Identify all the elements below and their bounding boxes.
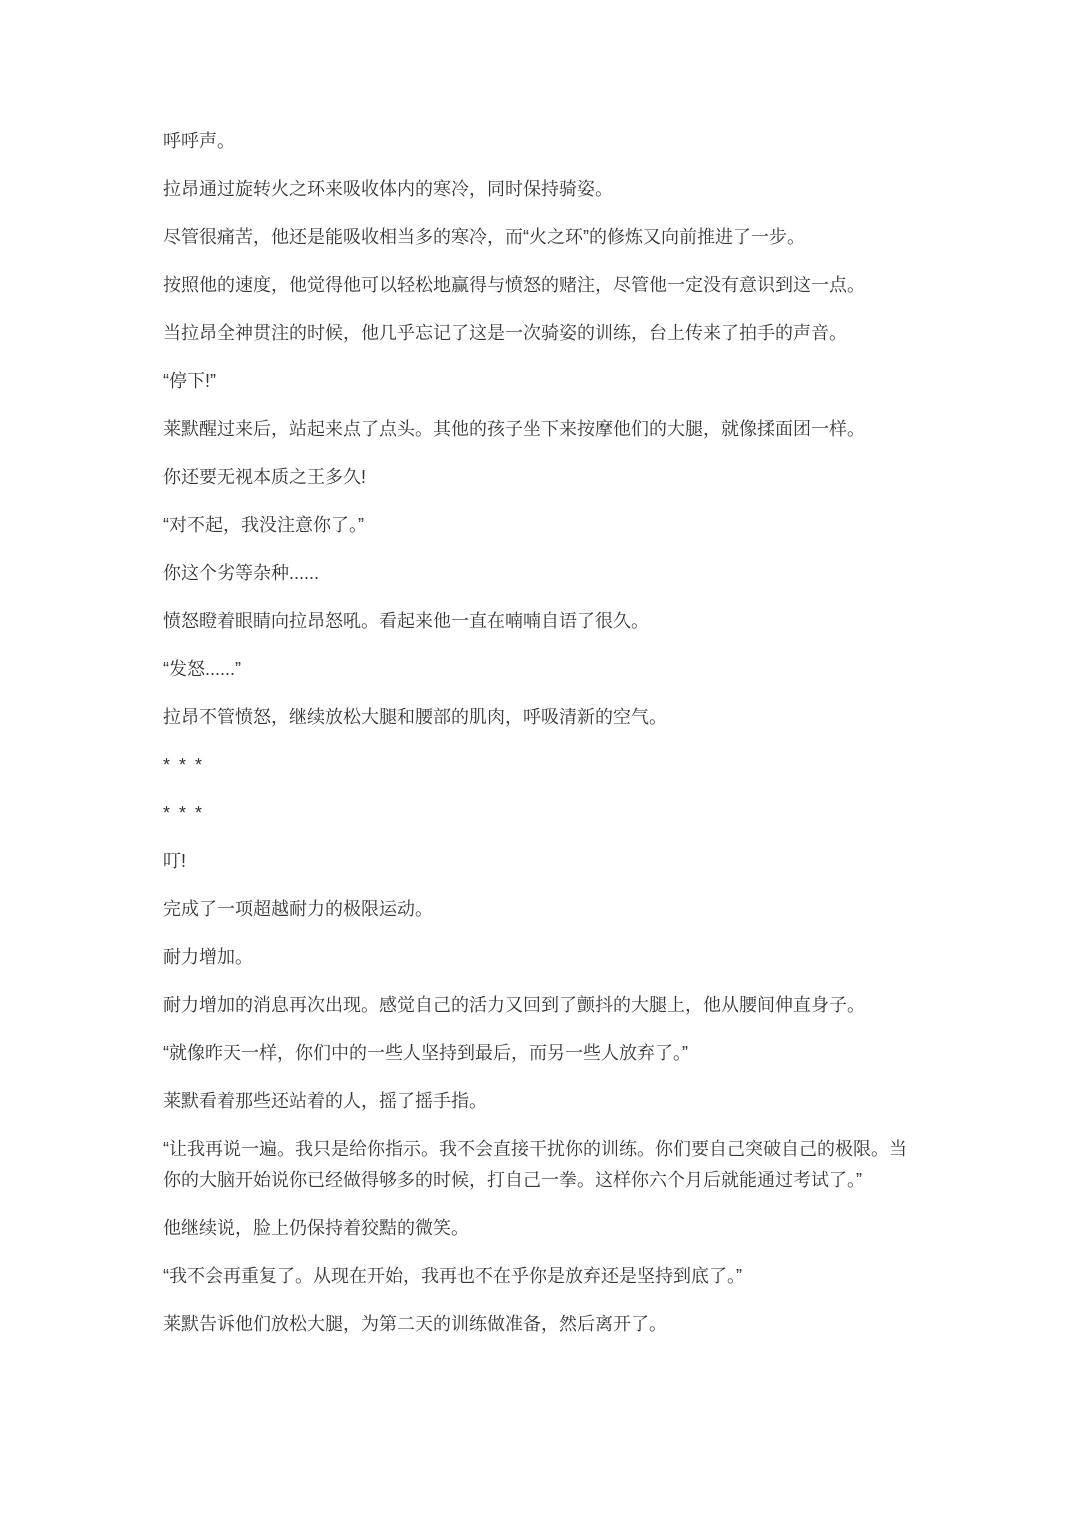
document-page: 呼呼声。 拉昂通过旋转火之环来吸收体内的寒冷，同时保持骑姿。 尽管很痛苦，他还是… xyxy=(0,0,1074,1519)
paragraph-17: 完成了一项超越耐力的极限运动。 xyxy=(163,894,914,925)
paragraph-3: 尽管很痛苦，他还是能吸收相当多的寒冷，而“火之环”的修炼又向前推进了一步。 xyxy=(163,222,914,253)
paragraph-7: 莱默醒过来后，站起来点了点头。其他的孩子坐下来按摩他们的大腿，就像揉面团一样。 xyxy=(163,414,914,445)
paragraph-22: “让我再说一遍。我只是给你指示。我不会直接干扰你的训练。你们要自己突破自己的极限… xyxy=(163,1134,914,1196)
paragraph-24: “我不会再重复了。从现在开始，我再也不在乎你是放弃还是坚持到底了。” xyxy=(163,1261,914,1292)
paragraph-6: “停下!” xyxy=(163,366,914,397)
paragraph-11: 愤怒瞪着眼睛向拉昂怒吼。看起来他一直在喃喃自语了很久。 xyxy=(163,606,914,637)
paragraph-16: 叮! xyxy=(163,846,914,877)
paragraph-13: 拉昂不管愤怒，继续放松大腿和腰部的肌肉，呼吸清新的空气。 xyxy=(163,702,914,733)
section-separator-2: * * * xyxy=(163,798,914,829)
paragraph-12: “发怒......” xyxy=(163,654,914,685)
paragraph-20: “就像昨天一样，你们中的一些人坚持到最后，而另一些人放弃了。” xyxy=(163,1038,914,1069)
paragraph-18: 耐力增加。 xyxy=(163,942,914,973)
paragraph-25: 莱默告诉他们放松大腿，为第二天的训练做准备，然后离开了。 xyxy=(163,1309,914,1340)
paragraph-19: 耐力增加的消息再次出现。感觉自己的活力又回到了颤抖的大腿上，他从腰间伸直身子。 xyxy=(163,990,914,1021)
paragraph-8: 你还要无视本质之王多久! xyxy=(163,462,914,493)
section-separator-1: * * * xyxy=(163,750,914,781)
paragraph-23: 他继续说，脸上仍保持着狡黠的微笑。 xyxy=(163,1213,914,1244)
paragraph-21: 莱默看着那些还站着的人，摇了摇手指。 xyxy=(163,1086,914,1117)
paragraph-5: 当拉昂全神贯注的时候，他几乎忘记了这是一次骑姿的训练，台上传来了拍手的声音。 xyxy=(163,318,914,349)
paragraph-9: “对不起，我没注意你了。” xyxy=(163,510,914,541)
paragraph-1: 呼呼声。 xyxy=(163,126,914,157)
paragraph-4: 按照他的速度，他觉得他可以轻松地赢得与愤怒的赌注，尽管他一定没有意识到这一点。 xyxy=(163,270,914,301)
paragraph-10: 你这个劣等杂种...... xyxy=(163,558,914,589)
paragraph-2: 拉昂通过旋转火之环来吸收体内的寒冷，同时保持骑姿。 xyxy=(163,174,914,205)
